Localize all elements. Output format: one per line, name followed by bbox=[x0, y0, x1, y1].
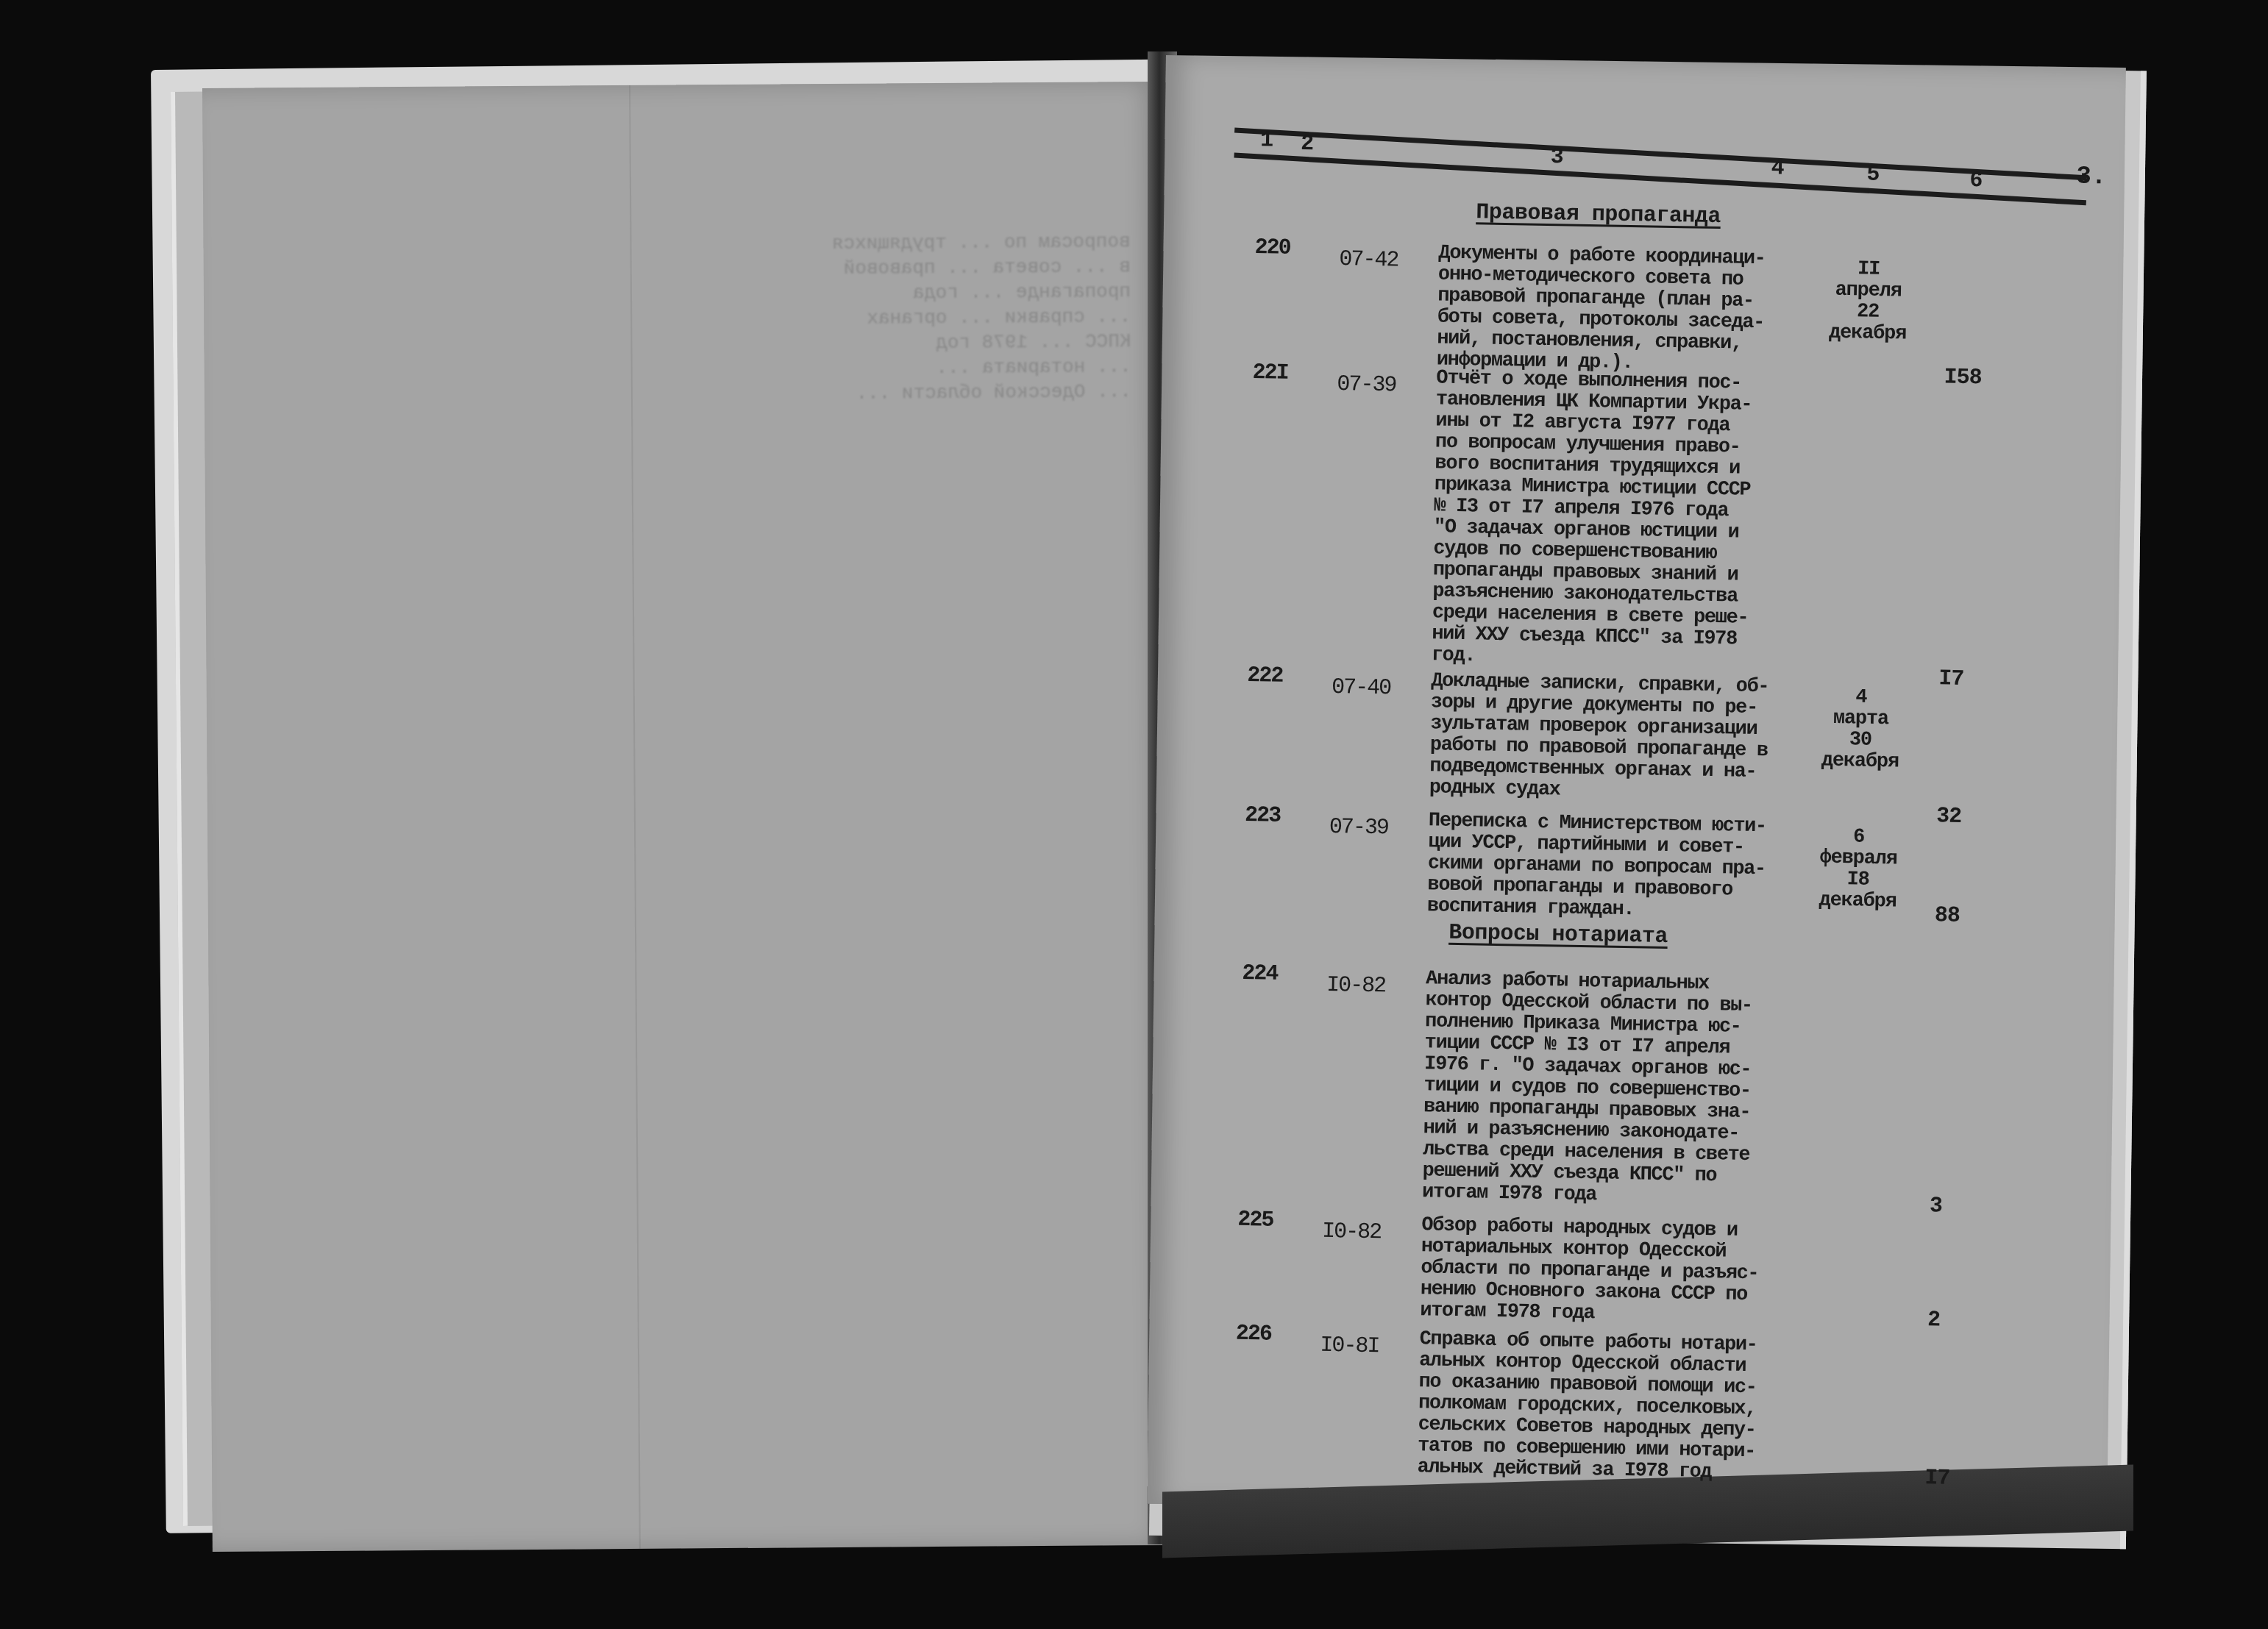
entry-description: Докладные записки, справки, об- зоры и д… bbox=[1429, 671, 1813, 805]
section-title-notary-issues: Вопросы нотариата bbox=[1448, 921, 1668, 949]
entry-sheet-count: 3 bbox=[1930, 1194, 1943, 1219]
entry-sheet-count: 2 bbox=[1927, 1308, 1941, 1333]
entry-index: 07-39 bbox=[1337, 372, 1396, 398]
column-header-3: 3 bbox=[1550, 145, 1564, 170]
left-page: вопросам по ... трудящихся в ... совета … bbox=[202, 82, 1169, 1552]
entry-dates bbox=[1801, 984, 1911, 986]
entry-description: Переписка с Министерством юсти- ции УССР… bbox=[1427, 810, 1811, 924]
inventory-entry: 225 I0-82 Обзор работы народных судов и … bbox=[1150, 1206, 2106, 1223]
entry-number: 226 bbox=[1235, 1322, 1271, 1347]
entry-index: I0-82 bbox=[1326, 973, 1386, 999]
entry-description: Анализ работы нотариальных контор Одесск… bbox=[1422, 969, 1808, 1210]
entry-sheet-count: I7 bbox=[1924, 1466, 1950, 1491]
entry-number: 223 bbox=[1245, 803, 1281, 829]
entry-dates: 4 марта 30 декабря bbox=[1805, 686, 1916, 774]
bleed-through-text: вопросам по ... трудящихся в ... совета … bbox=[571, 229, 1131, 407]
entry-description: Справка об опыте работы нотари- альных к… bbox=[1417, 1329, 1802, 1485]
entry-index: I0-8I bbox=[1320, 1333, 1379, 1359]
entry-sheet-count: 32 bbox=[1936, 804, 1962, 830]
inventory-page: 1 2 3 4 5 6 3. Правовая пропаганда 220 0… bbox=[1145, 59, 2126, 1509]
sheet-number: 3. bbox=[2076, 163, 2106, 192]
inventory-entry: 220 07-42 Документы о работе координаци-… bbox=[1167, 234, 2123, 251]
open-archive-book: вопросам по ... трудящихся в ... совета … bbox=[0, 0, 2268, 1629]
section-title-legal-propaganda: Правовая пропаганда bbox=[1476, 200, 1721, 229]
column-header-5: 5 bbox=[1866, 163, 1880, 188]
header-rule-top bbox=[1234, 128, 2087, 181]
entry-index: 07-42 bbox=[1339, 247, 1398, 273]
header-rule-bottom bbox=[1234, 153, 2086, 206]
entry-number: 22I bbox=[1252, 360, 1288, 386]
entry-number: 225 bbox=[1237, 1208, 1273, 1233]
column-header-6: 6 bbox=[1969, 168, 1983, 193]
entry-dates: II апреля 22 декабря bbox=[1812, 258, 1924, 346]
entry-sheet-count: I7 bbox=[1938, 666, 1964, 692]
entry-dates bbox=[1796, 1230, 1907, 1233]
entry-description: Отчёт о ходе выполнения пос- тановления … bbox=[1432, 368, 1819, 673]
entry-number: 222 bbox=[1247, 663, 1283, 689]
entry-dates bbox=[1811, 383, 1922, 385]
entry-number: 220 bbox=[1254, 235, 1290, 261]
column-header-4: 4 bbox=[1771, 156, 1785, 181]
entry-dates bbox=[1795, 1344, 1905, 1347]
column-header-2: 2 bbox=[1301, 132, 1315, 157]
entry-description: Обзор работы народных судов и нотариальн… bbox=[1420, 1215, 1804, 1328]
inventory-entry: 223 07-39 Переписка с Министерством юсти… bbox=[1156, 802, 2113, 819]
entry-sheet-count: 88 bbox=[1935, 903, 1960, 929]
entry-index: I0-82 bbox=[1322, 1219, 1382, 1245]
entry-number: 224 bbox=[1242, 961, 1278, 987]
entry-index: 07-40 bbox=[1332, 675, 1391, 701]
column-header-1: 1 bbox=[1260, 128, 1274, 153]
entry-description: Документы о работе координаци- онно-мето… bbox=[1437, 243, 1821, 377]
entry-index: 07-39 bbox=[1329, 815, 1388, 841]
inventory-entry: 224 I0-82 Анализ работы нотариальных кон… bbox=[1154, 960, 2111, 977]
entry-dates: 6 февраля I8 декабря bbox=[1802, 826, 1914, 913]
entry-sheet-count: I58 bbox=[1944, 365, 1982, 391]
